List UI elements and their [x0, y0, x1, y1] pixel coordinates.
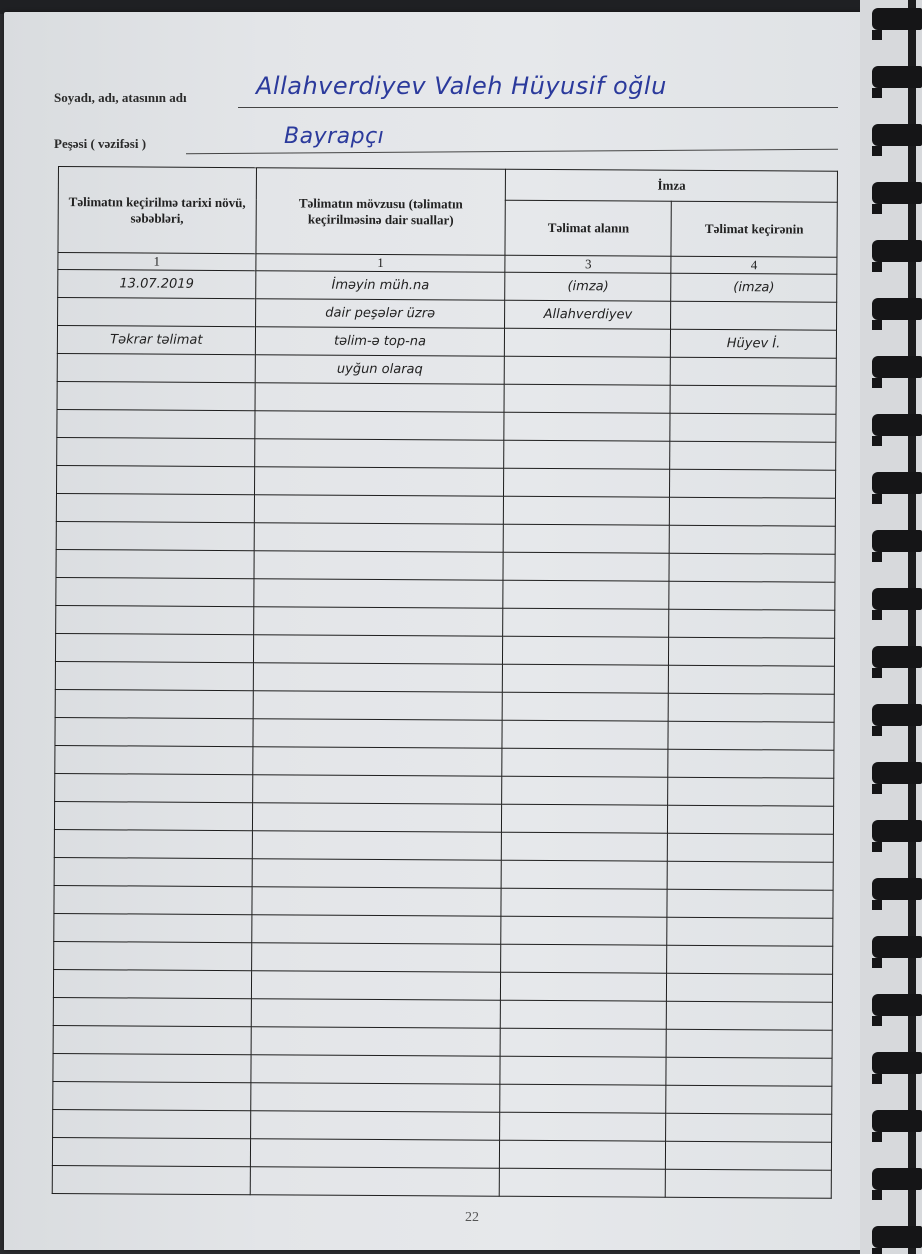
table-cell-empty	[57, 409, 255, 438]
profession-label: Peşəsi ( vəzifəsi )	[54, 136, 146, 152]
table-cell-empty	[250, 1083, 500, 1113]
table-cell-empty	[502, 748, 668, 777]
table-cell-empty	[503, 636, 669, 665]
table-cell-empty	[504, 468, 670, 497]
table-cell-empty	[250, 1111, 500, 1141]
table-cell-empty	[53, 1081, 251, 1110]
table-cell-empty	[254, 579, 504, 609]
table-cell-empty	[669, 637, 835, 666]
table-cell-empty	[54, 801, 252, 830]
table-cell-empty	[54, 857, 252, 886]
binding-coil	[872, 472, 922, 494]
table-cell-col2: təlim-ə top-na	[255, 327, 505, 357]
table-cell-empty	[251, 1027, 501, 1057]
binding-coil	[872, 8, 922, 30]
table-cell-empty	[54, 885, 252, 914]
binding-coil	[872, 820, 922, 842]
table-cell-empty	[56, 549, 254, 578]
table-cell-empty	[503, 608, 669, 637]
table-cell-empty	[502, 832, 668, 861]
name-underline	[238, 107, 838, 108]
table-cell-empty	[668, 721, 834, 750]
table-cell-col4	[670, 357, 836, 386]
table-cell-empty	[251, 1055, 501, 1085]
table-cell-empty	[500, 1168, 666, 1197]
table-cell-col2: İməyin müh.na	[255, 271, 505, 301]
table-cell-empty	[253, 691, 503, 721]
table-cell-col1	[57, 353, 255, 382]
table-cell-empty	[503, 580, 669, 609]
table-cell-empty	[253, 607, 503, 637]
binding-coil	[872, 182, 922, 204]
table-cell-empty	[253, 719, 503, 749]
table-cell-empty	[52, 1137, 250, 1166]
table-cell-empty	[252, 775, 502, 805]
table-cell-empty	[53, 969, 251, 998]
name-label: Soyadı, adı, atasının adı	[54, 90, 187, 106]
table-cell-empty	[666, 1001, 832, 1030]
binding-coil	[872, 588, 922, 610]
table-cell-empty	[254, 523, 504, 553]
table-cell-empty	[500, 1140, 666, 1169]
table-cell-empty	[501, 944, 667, 973]
table-cell-empty	[501, 972, 667, 1001]
table-cell-col3	[505, 328, 671, 357]
binding-coil	[872, 240, 922, 262]
table-cell-empty	[53, 1025, 251, 1054]
table-cell-empty	[670, 469, 836, 498]
table-cell-empty	[667, 861, 833, 890]
table-cell-empty	[501, 1000, 667, 1029]
table-cell-empty	[500, 1056, 666, 1085]
table-cell-empty	[54, 941, 252, 970]
table-cell-empty	[666, 1113, 832, 1142]
table-cell-empty	[54, 913, 252, 942]
table-cell-empty	[55, 633, 253, 662]
table-cell-empty	[502, 860, 668, 889]
table-cell-empty	[255, 411, 505, 441]
table-cell-empty	[670, 413, 836, 442]
table-row-empty	[52, 1165, 831, 1198]
binding-coil	[872, 1052, 922, 1074]
table-cell-col1: Təkrar təlimat	[57, 326, 255, 355]
table-cell-col4: Hüyev İ.	[671, 329, 837, 358]
binding-coil	[872, 1226, 922, 1248]
table-cell-empty	[254, 551, 504, 581]
table-cell-empty	[56, 521, 254, 550]
table-cell-empty	[667, 945, 833, 974]
table-cell-empty	[254, 467, 504, 497]
table-cell-col2: dair peşələr üzrə	[255, 299, 505, 329]
table-cell-empty	[669, 665, 835, 694]
binding-coil	[872, 936, 922, 958]
column-number: 1	[256, 254, 506, 273]
column-number: 1	[58, 253, 256, 271]
table-cell-empty	[665, 1169, 831, 1198]
table-cell-empty	[53, 997, 251, 1026]
table-cell-col1: 13.07.2019	[58, 270, 256, 299]
page-number: 22	[465, 1210, 479, 1226]
table-cell-empty	[55, 689, 253, 718]
table-cell-empty	[504, 412, 670, 441]
binding-coil	[872, 762, 922, 784]
table-cell-empty	[670, 497, 836, 526]
table-cell-empty	[253, 747, 503, 777]
table-cell-col3	[505, 356, 671, 385]
table-cell-col4: (imza)	[671, 273, 837, 302]
table-cell-empty	[503, 664, 669, 693]
table-cell-empty	[55, 745, 253, 774]
table-cell-empty	[502, 776, 668, 805]
table-cell-empty	[667, 833, 833, 862]
table-cell-empty	[669, 553, 835, 582]
binding-coil	[872, 1110, 922, 1132]
binding-coil	[872, 646, 922, 668]
table-cell-empty	[55, 717, 253, 746]
table-cell-empty	[669, 581, 835, 610]
table-cell-col2: uyğun olaraq	[255, 355, 505, 385]
instruction-table: Təlimatın keçirilmə tarixi növü, səbəblə…	[52, 166, 838, 1199]
binding-coil	[872, 124, 922, 146]
table-cell-empty	[501, 916, 667, 945]
table-cell-col1	[58, 298, 256, 327]
table-cell-empty	[57, 381, 255, 410]
binding-coil	[872, 530, 922, 552]
table-cell-empty	[668, 693, 834, 722]
table-cell-empty	[502, 720, 668, 749]
table-cell-empty	[252, 831, 502, 861]
table-cell-empty	[252, 803, 502, 833]
header-date-type: Təlimatın keçirilmə tarixi növü, səbəblə…	[58, 167, 256, 254]
table-cell-empty	[56, 605, 254, 634]
table-cell-empty	[52, 1165, 250, 1194]
table-cell-empty	[56, 493, 254, 522]
table-cell-empty	[251, 971, 501, 1001]
table-cell-empty	[55, 661, 253, 690]
table-cell-empty	[253, 635, 503, 665]
table-cell-empty	[250, 1167, 500, 1197]
table-cell-empty	[500, 1028, 666, 1057]
table-cell-empty	[667, 917, 833, 946]
table-cell-empty	[252, 859, 502, 889]
table-cell-empty	[668, 777, 834, 806]
table-cell-empty	[500, 1112, 666, 1141]
binding-coil	[872, 1168, 922, 1190]
table-cell-empty	[500, 1084, 666, 1113]
table-cell-empty	[251, 943, 501, 973]
table-cell-empty	[503, 552, 669, 581]
header-signature-group: İmza	[506, 169, 838, 202]
table-cell-empty	[501, 888, 667, 917]
binding-coil	[872, 298, 922, 320]
table-cell-empty	[504, 384, 670, 413]
table-cell-empty	[667, 973, 833, 1002]
table-cell-empty	[502, 804, 668, 833]
table-cell-empty	[668, 805, 834, 834]
table-cell-empty	[255, 383, 505, 413]
table-cell-empty	[253, 663, 503, 693]
binding-coil	[872, 878, 922, 900]
table-cell-empty	[252, 915, 502, 945]
table-cell-empty	[666, 1141, 832, 1170]
table-cell-empty	[666, 1057, 832, 1086]
spiral-binding	[860, 0, 922, 1254]
table-cell-empty	[504, 440, 670, 469]
table-cell-col4	[671, 301, 837, 330]
header-instructor: Təlimat keçirənin	[671, 201, 837, 257]
header-topic: Təlimatın mövzusu (təlimatın keçirilməsi…	[256, 168, 506, 256]
column-number: 3	[505, 255, 671, 273]
table-cell-empty	[504, 496, 670, 525]
column-number: 4	[671, 256, 837, 274]
table-cell-col3: Allahverdiyev	[505, 300, 671, 329]
binding-coil	[872, 356, 922, 378]
table-cell-empty	[254, 439, 504, 469]
table-cell-empty	[251, 999, 501, 1029]
table-cell-empty	[504, 524, 670, 553]
table-cell-empty	[670, 385, 836, 414]
table-cell-empty	[250, 1139, 500, 1169]
table-cell-empty	[53, 1109, 251, 1138]
name-value: Allahverdiyev Valeh Hüyusif oğlu	[256, 72, 667, 100]
header-trainee: Təlimat alanın	[505, 200, 671, 256]
table-cell-col3: (imza)	[505, 272, 671, 301]
table-cell-empty	[669, 609, 835, 638]
table-cell-empty	[254, 495, 504, 525]
table-cell-empty	[503, 692, 669, 721]
binding-coil	[872, 414, 922, 436]
table-cell-empty	[669, 525, 835, 554]
table-cell-empty	[56, 465, 254, 494]
table-cell-empty	[667, 889, 833, 918]
binding-coil	[872, 994, 922, 1016]
binding-coil	[872, 66, 922, 88]
table-cell-empty	[252, 887, 502, 917]
table-cell-empty	[54, 829, 252, 858]
table-cell-empty	[666, 1085, 832, 1114]
table-cell-empty	[666, 1029, 832, 1058]
table-cell-empty	[56, 577, 254, 606]
table-cell-empty	[53, 1053, 251, 1082]
binding-coil	[872, 704, 922, 726]
table-cell-empty	[55, 773, 253, 802]
table-cell-empty	[57, 437, 255, 466]
table-cell-empty	[668, 749, 834, 778]
profession-value: Bayrapçı	[284, 124, 384, 149]
table-cell-empty	[670, 441, 836, 470]
